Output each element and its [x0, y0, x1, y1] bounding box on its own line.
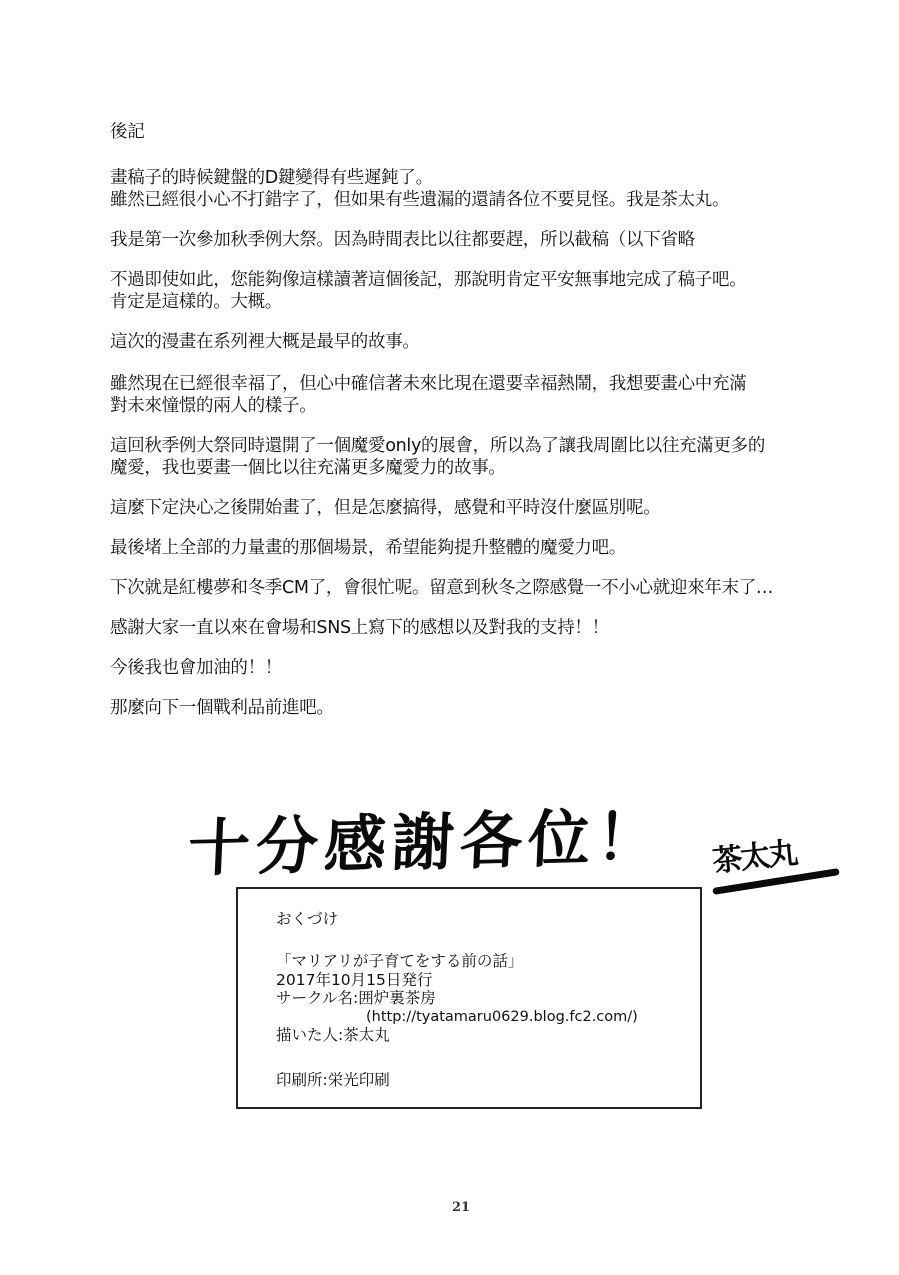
paragraph-text: 那麼向下一個戰利品前進吧。: [110, 698, 334, 718]
paragraph-text: 這回秋季例大祭同時還開了一個魔愛only的展會，所以為了讓我周圍比以往充滿更多的…: [110, 436, 765, 478]
paragraph-text: 我是第一次參加秋季例大祭。因為時間表比以往都要趕，所以截稿（以下省略: [110, 230, 695, 250]
afterword-paragraph: 這麼下定決心之後開始畫了，但是怎麼搞得，感覺和平時沒什麼區別呢。: [110, 497, 850, 519]
colophon-details: 「マリアリが子育てをする前の話」 2017年10月15日発行 サークル名:囲炉裏…: [276, 952, 638, 1045]
paragraph-text: 感謝大家一直以來在會場和SNS上寫下的感想以及對我的支持！！: [110, 618, 609, 638]
afterword-paragraph: 不過即使如此，您能夠像這樣讀著這個後記，那說明肯定平安無事地完成了稿子吧。 肯定…: [110, 269, 850, 313]
page-number: 21: [452, 1200, 470, 1215]
colophon-title: おくづけ: [276, 907, 338, 929]
paragraph-text: 畫稿子的時候鍵盤的D鍵變得有些遲鈍了。 雖然已經很小心不打錯字了，但如果有些遺漏…: [110, 168, 729, 210]
paragraph-text: 這麼下定決心之後開始畫了，但是怎麼搞得，感覺和平時沒什麼區別呢。: [110, 498, 660, 518]
paragraph-text: 下次就是紅樓夢和冬季CM了，會很忙呢。留意到秋冬之際感覺一不小心就迎來年末了…: [110, 578, 773, 598]
paragraph-text: 雖然現在已經很幸福了，但心中確信著未來比現在還要幸福熱鬧，我想要畫心中充滿 對未…: [110, 374, 746, 416]
circle-url: (http://tyatamaru0629.blog.fc2.com/): [276, 1008, 638, 1027]
afterword-paragraph: 這回秋季例大祭同時還開了一個魔愛only的展會，所以為了讓我周圍比以往充滿更多的…: [110, 435, 850, 479]
printer-name: 印刷所:栄光印刷: [276, 1068, 390, 1090]
afterword-heading: 後記: [110, 121, 850, 143]
paragraph-text: 不過即使如此，您能夠像這樣讀著這個後記，那說明肯定平安無事地完成了稿子吧。 肯定…: [110, 270, 746, 312]
afterword-paragraph: 這次的漫畫在系列裡大概是最早的故事。: [110, 331, 850, 353]
author-signature: 茶太丸: [710, 828, 798, 881]
afterword-paragraph: 今後我也會加油的！！: [110, 657, 850, 679]
colophon-box: おくづけ 「マリアリが子育てをする前の話」 2017年10月15日発行 サークル…: [236, 887, 702, 1109]
afterword-paragraph: 那麼向下一個戰利品前進吧。: [110, 697, 850, 719]
afterword-paragraph: 我是第一次參加秋季例大祭。因為時間表比以往都要趕，所以截稿（以下省略: [110, 229, 850, 251]
publish-date: 2017年10月15日発行: [276, 971, 638, 990]
paragraph-text: 最後堵上全部的力量畫的那個場景，希望能夠提升整體的魔愛力吧。: [110, 538, 626, 558]
afterword-paragraph: 下次就是紅樓夢和冬季CM了，會很忙呢。留意到秋冬之際感覺一不小心就迎來年末了…: [110, 577, 850, 599]
paragraph-text: 今後我也會加油的！！: [110, 658, 282, 678]
book-title: 「マリアリが子育てをする前の話」: [276, 952, 638, 971]
afterword-section: 後記 畫稿子的時候鍵盤的D鍵變得有些遲鈍了。 雖然已經很小心不打錯字了，但如果有…: [110, 121, 850, 737]
afterword-paragraph: 雖然現在已經很幸福了，但心中確信著未來比現在還要幸福熱鬧，我想要畫心中充滿 對未…: [110, 373, 850, 417]
paragraph-text: 這次的漫畫在系列裡大概是最早的故事。: [110, 332, 420, 352]
afterword-paragraph: 最後堵上全部的力量畫的那個場景，希望能夠提升整體的魔愛力吧。: [110, 537, 850, 559]
thanks-banner: 十分感謝各位！: [187, 802, 666, 885]
afterword-paragraph: 感謝大家一直以來在會場和SNS上寫下的感想以及對我的支持！！: [110, 617, 850, 639]
afterword-paragraph: 畫稿子的時候鍵盤的D鍵變得有些遲鈍了。 雖然已經很小心不打錯字了，但如果有些遺漏…: [110, 167, 850, 211]
circle-name: サークル名:囲炉裏茶房: [276, 989, 638, 1008]
artist-name: 描いた人:茶太丸: [276, 1026, 638, 1045]
